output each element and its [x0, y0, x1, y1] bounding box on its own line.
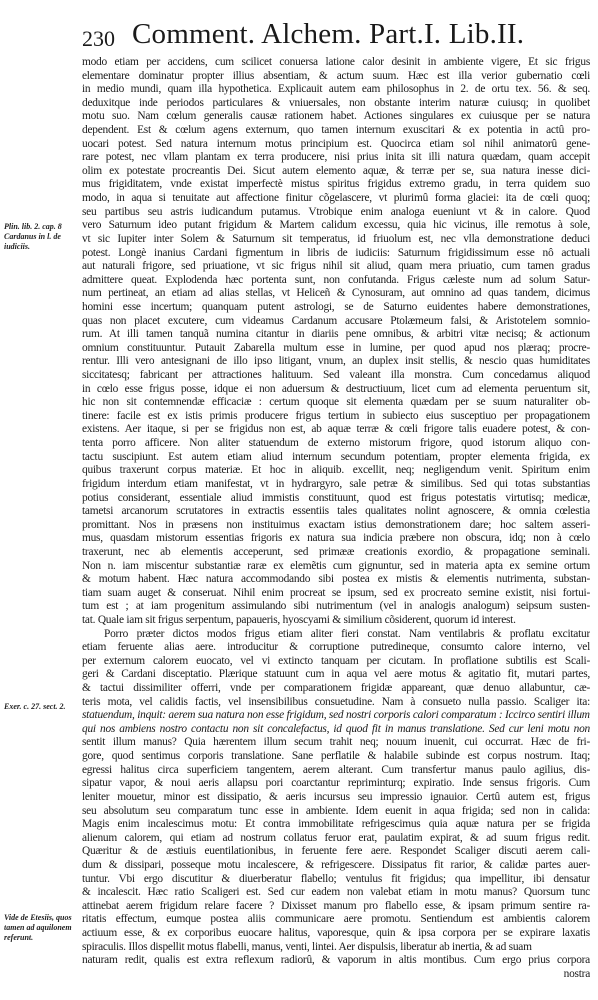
text-line: vero Saturnum ideo putant frigidum & Mar… [82, 219, 590, 233]
margin-note-pliny: Plin. lib. 2. cap. 8 Cardanus in l. de i… [4, 222, 78, 252]
text-line: tat. Quale iam sit frigus serpentum, pap… [82, 614, 590, 628]
text-line: attinebat aerem frigidum relare facere ?… [82, 900, 590, 914]
text-line: potest. Longè inanius Cardani figmentum … [82, 247, 590, 261]
text-line: siccitatesq; fabricant per attractiones … [82, 369, 590, 383]
text-line: in cœlo esse frigus posse, idque ei non … [82, 383, 590, 397]
text-line: tenta porro afficere. Non aliter statuen… [82, 437, 590, 451]
text-line: ritatis effectum, eumque postea aliis co… [82, 913, 590, 927]
text-line: seu absolutum seu comparatum tunc esse i… [82, 805, 590, 819]
text-line: spiraculis. Illos dispellit motus flabel… [82, 941, 590, 955]
text-line: quas non placet excutere, cum videamus C… [82, 315, 590, 329]
text-line: motu suo. Nam cœlum generalis causæ rati… [82, 110, 590, 124]
text-line: Non n. iam miscentur substantiæ raræ ex … [82, 560, 590, 574]
text-line: rare potest, nec vllam plantam ex terra … [82, 151, 590, 165]
margin-note-exer: Exer. c. 27. sect. 2. [4, 702, 78, 712]
text-line: in medio mundi, quam illa hypothetica. E… [82, 83, 590, 97]
text-line: rentur. Illi vero antesignani de illo ip… [82, 355, 590, 369]
text-line: olim ex potestate procreantis Dei. Sicut… [82, 165, 590, 179]
margin-note-etesiis: Vide de Etesiis, quos tamen ad aquilonem… [4, 913, 78, 943]
text-line: elementare dominatur propter illius abse… [82, 70, 590, 84]
text-line: promittant. Nos in præsens non instituim… [82, 519, 590, 533]
text-line: tum est ; at iam progenitum assimulando … [82, 600, 590, 614]
text-line: uocari potest. Sed natura internum motus… [82, 138, 590, 152]
text-line: & motum habent. Hæc natura accommodando … [82, 573, 590, 587]
text-line: per externum calorem euocato, vel vi ext… [82, 655, 590, 669]
text-line: statuendum, inquit: aerem sua natura non… [82, 709, 590, 723]
text-line: vt sic Iupiter inter Solem & Saturnum si… [82, 233, 590, 247]
text-line: omnium constituuntur. Putauit Zabarella … [82, 342, 590, 356]
text-line: sentit illum manus? Quia hærentem illum … [82, 736, 590, 750]
text-line: tametsi arcanorum scrutatores in extract… [82, 505, 590, 519]
text-line: gore, quod sentimus corporis translation… [82, 750, 590, 764]
text-line: quibus traxerunt corpus materiæ. Et hoc … [82, 464, 590, 478]
text-line: geri & Cardani disceptatio. Plærique sta… [82, 668, 590, 682]
text-line: modo etiam per accidens, cum scilicet co… [82, 56, 590, 70]
text-line: Porro præter dictos modos frigus etiam a… [82, 628, 590, 642]
text-line: traxerunt, nec ab elementis acceperunt, … [82, 546, 590, 560]
text-line: sipatur vapor, & noui aeris allapsu pori… [82, 777, 590, 791]
page-number: 230 [82, 26, 115, 52]
running-header: 230 Comment. Alchem. Part.I. Lib.II. [80, 18, 590, 54]
text-line: dependent. Est & cœlum agens externum, q… [82, 124, 590, 138]
text-line: tuntur. Vbi ergo discutitur & diuerberat… [82, 873, 590, 887]
text-line: & incalescit. Hæc ratio Scaligeri est. S… [82, 886, 590, 900]
text-line: dum & dissipari, posseque motu incalesce… [82, 859, 590, 873]
text-line: nostra [82, 968, 590, 982]
text-line: egressi halitus circa superficiem tangen… [82, 764, 590, 778]
text-line: alienum calorem, qui etiam ad nostrum co… [82, 832, 590, 846]
text-line: hic non sit contemnendæ efficaciæ : cert… [82, 396, 590, 410]
text-line: & tactui dissimiliter offerri, vnde per … [82, 682, 590, 696]
text-line: frigidum interdum etiam manifestat, vt i… [82, 478, 590, 492]
text-line: num pertineat, an etiam ad alias stellas… [82, 287, 590, 301]
text-line: tinere: facile est ex istis primis produ… [82, 410, 590, 424]
body-text: modo etiam per accidens, cum scilicet co… [82, 56, 590, 981]
text-line: Magis enim incalescimus motu: Et contra … [82, 818, 590, 832]
text-line: etiam feruente alias aere. introducitur … [82, 641, 590, 655]
text-line: seu partibus seu astris iudicandum putam… [82, 206, 590, 220]
text-line: existens. Aer itaque, si per se frigidus… [82, 423, 590, 437]
running-title: Comment. Alchem. Part.I. Lib.II. [132, 18, 524, 51]
text-line: admittere queat. Explodenda hæc portenta… [82, 274, 590, 288]
text-line: mus, quasdam mistorum essentias frigoris… [82, 532, 590, 546]
text-line: aut naturali frigore, sed priuatione, vt… [82, 260, 590, 274]
text-line: rum. At illi tamen tanquã numina citantu… [82, 328, 590, 342]
text-line: qui nos ambiens nostro contactu non sit … [82, 723, 590, 737]
text-line: tactu suscipiunt. Est autem etiam aliud … [82, 451, 590, 465]
text-line: leniter mouetur, minor est dissipatio, &… [82, 791, 590, 805]
text-line: tiam suam auget & conseruat. Nihil enim … [82, 587, 590, 601]
text-line: Quæritur & de æstiuis euentilationibus, … [82, 845, 590, 859]
text-line: homini esse incertum; quanquam putent as… [82, 301, 590, 315]
text-line: potius considerant, essentiale aliud imm… [82, 492, 590, 506]
text-line: modo, in aqua si tenuitate aut affection… [82, 192, 590, 206]
text-line: naturam redit, qualis est extra reflexum… [82, 954, 590, 968]
text-line: actiuum esse, & ex corporibus euocare ha… [82, 927, 590, 941]
text-line: mus frigiditatem, vnde existat imperfect… [82, 178, 590, 192]
text-line: deduxitque inde periodos particulares & … [82, 97, 590, 111]
text-line: teris mota, vel calidis factis, vel inse… [82, 696, 590, 710]
